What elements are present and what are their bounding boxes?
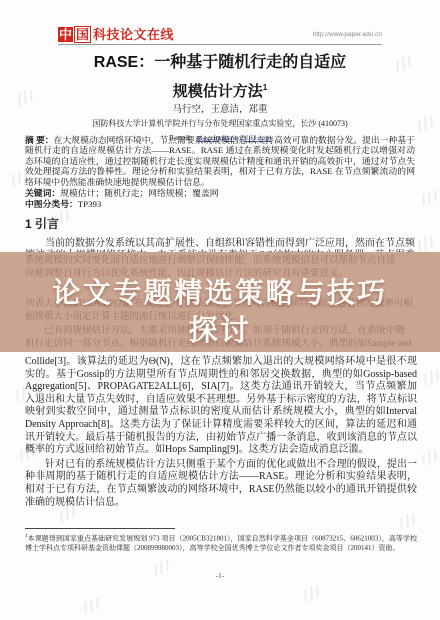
footnote-divider [25,528,175,529]
abstract-section: 摘 要：在大规模动态网络环境中，节点需要系统规模信息以支持高效可靠的数据分发。提… [25,135,415,210]
logo-char-zhong: 中 [58,27,73,42]
keywords-line: 关键词：规模估计；随机行走；网络规模；覆盖网 [25,188,415,198]
footnote-section: 1本课题得到国家重点基础研究发展规划 973 项目（2005CB321801），… [25,528,417,553]
site-header: 中国科技论文在线 http://www.paper.edu.cn [58,26,382,46]
keywords-text: 规模估计；随机行走；网络规模；覆盖网 [60,188,218,198]
authors: 马行空，王意洁，郑重 [0,101,440,115]
abstract-paragraph: 摘 要：在大规模动态网络环境中，节点需要系统规模信息以支持高效可靠的数据分发。提… [25,135,415,187]
paper-title-line2: 规模估计方法1 [0,80,440,101]
banner-title-line2: 探讨 [0,308,440,349]
logo-text: 科技论文在线 [93,27,174,42]
logo-char-guo: 国 [74,26,91,43]
keywords-label: 关键词： [25,188,60,198]
banner-title-line1: 论文专题精选策略与技巧 [0,271,440,311]
body-paragraph-2: 针对已有的系统规模估计方法只侧重于某个方面的优化或做出不合理的假设，提出一种非周… [25,459,417,509]
body-section: Collide[3]。该算法的延迟为Θ(N)，这在节点频繁加入退出的大规模网络环… [25,356,417,509]
abstract-label: 摘 要： [25,135,54,145]
clc-label: 中图分类号： [25,199,78,209]
watermark-mark [416,188,440,209]
abstract-text: 在大规模动态网络环境中，节点需要系统规模信息以支持高效可靠的数据分发。提出一种基… [25,135,415,187]
clc-line: 中图分类号：TP393 [25,199,415,209]
site-url: http://www.paper.edu.cn [313,31,382,38]
watermark-mark [418,368,440,389]
watermark-mark [298,584,323,605]
body-paragraph-continued: Collide[3]。该算法的延迟为Θ(N)，这在节点频繁加入退出的大规模网络环… [25,356,417,457]
watermark-mark [416,448,440,469]
header-divider [58,44,382,45]
paper-title-line1: RASE：一种基于随机行走的自适应 [0,49,440,72]
paper-title: RASE：一种基于随机行走的自适应 规模估计方法1 [0,49,440,101]
covered-text-line: 系统规模的实时变化而自适应地进行调整以保持性能，而系统规模信息可以帮助节点自适 [25,255,417,267]
footnote-text: 1本课题得到国家重点基础研究发展规划 973 项目（2005CB321801），… [25,532,417,553]
section-heading: 1 引言 [25,215,415,232]
watermark-mark [78,596,103,617]
site-logo: 中国科技论文在线 [58,26,174,43]
affiliation: 国防科技大学计算机学院并行与分布处理国家重点实验室，长沙 (410073) [0,118,440,129]
page-number: -1- [0,571,440,580]
title-footnote-mark: 1 [263,83,267,92]
paper-page: 中国科技论文在线 http://www.paper.edu.cn RASE：一种… [0,0,440,620]
clc-text: TP393 [78,199,101,209]
promo-banner-overlay: 系统规模的实时变化而自适应地进行调整以保持性能，而系统规模信息可以帮助节点自适 … [0,252,440,352]
